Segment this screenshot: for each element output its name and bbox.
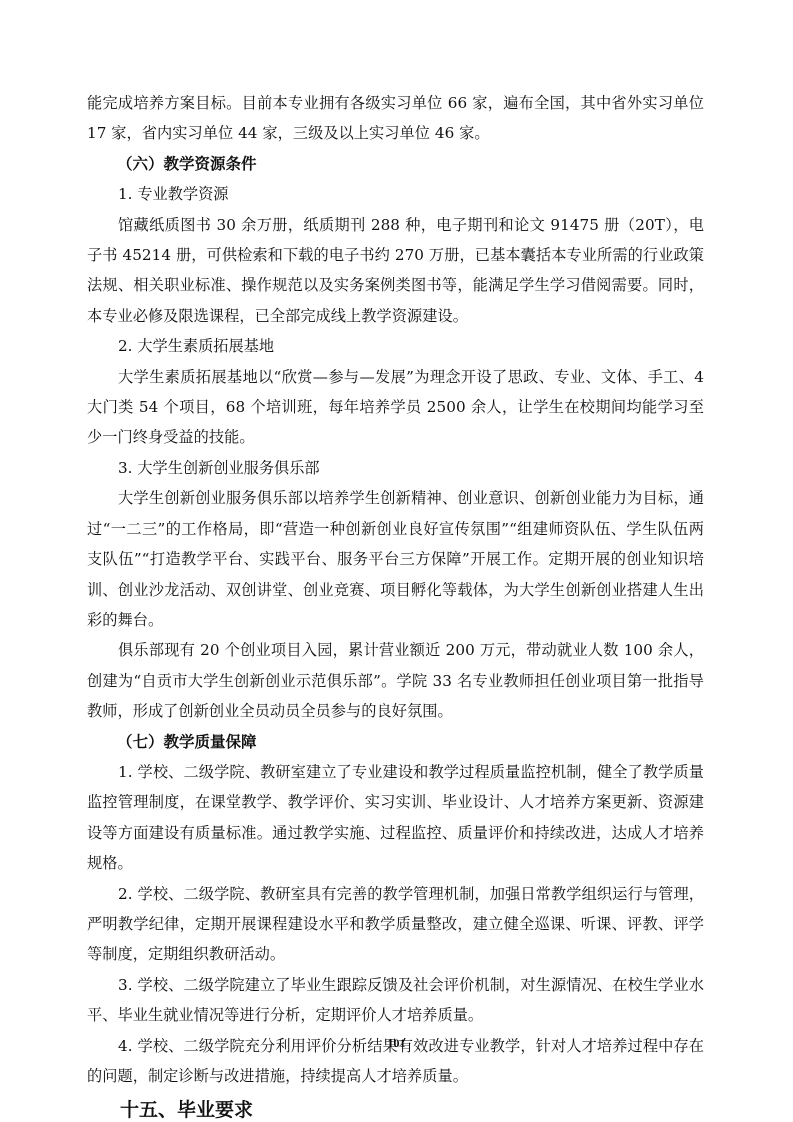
paragraph-club-achievements: 俱乐部现有 20 个创业项目入园，累计营业额近 200 万元，带动就业人数 10… <box>87 635 704 726</box>
paragraph-quality-1: 1. 学校、二级学院、教研室建立了专业建设和教学过程质量监控机制，健全了教学质量… <box>87 757 704 879</box>
section-heading-quality-assurance: （七）教学质量保障 <box>87 727 704 757</box>
continuation-paragraph: 能完成培养方案目标。目前本专业拥有各级实习单位 66 家，遍布全国，其中省外实习… <box>87 88 704 149</box>
paragraph-quality-3: 3. 学校、二级学院建立了毕业生跟踪反馈及社会评价机制，对生源情况、在校生学业水… <box>87 970 704 1031</box>
item-title-entrepreneurship-club: 3. 大学生创新创业服务俱乐部 <box>87 453 704 483</box>
paragraph-quality-2: 2. 学校、二级学院、教研室具有完善的教学管理机制，加强日常教学组织运行与管理，… <box>87 879 704 970</box>
section-heading-teaching-resources: （六）教学资源条件 <box>87 149 704 179</box>
page-number: 101 <box>0 1036 793 1051</box>
item-title-quality-base: 2. 大学生素质拓展基地 <box>87 331 704 361</box>
document-page: 能完成培养方案目标。目前本专业拥有各级实习单位 66 家，遍布全国，其中省外实习… <box>87 88 704 1122</box>
paragraph-entrepreneurship-club: 大学生创新创业服务俱乐部以培养学生创新精神、创业意识、创新创业能力为目标，通过“… <box>87 483 704 635</box>
chapter-heading-graduation-requirements: 十五、毕业要求 <box>87 1093 704 1122</box>
paragraph-quality-base: 大学生素质拓展基地以“欣赏—参与—发展”为理念开设了思政、专业、文体、手工、4 … <box>87 362 704 453</box>
paragraph-library-resources: 馆藏纸质图书 30 余万册，纸质期刊 288 种，电子期刊和论文 91475 册… <box>87 210 704 332</box>
item-title-professional-resources: 1. 专业教学资源 <box>87 179 704 209</box>
